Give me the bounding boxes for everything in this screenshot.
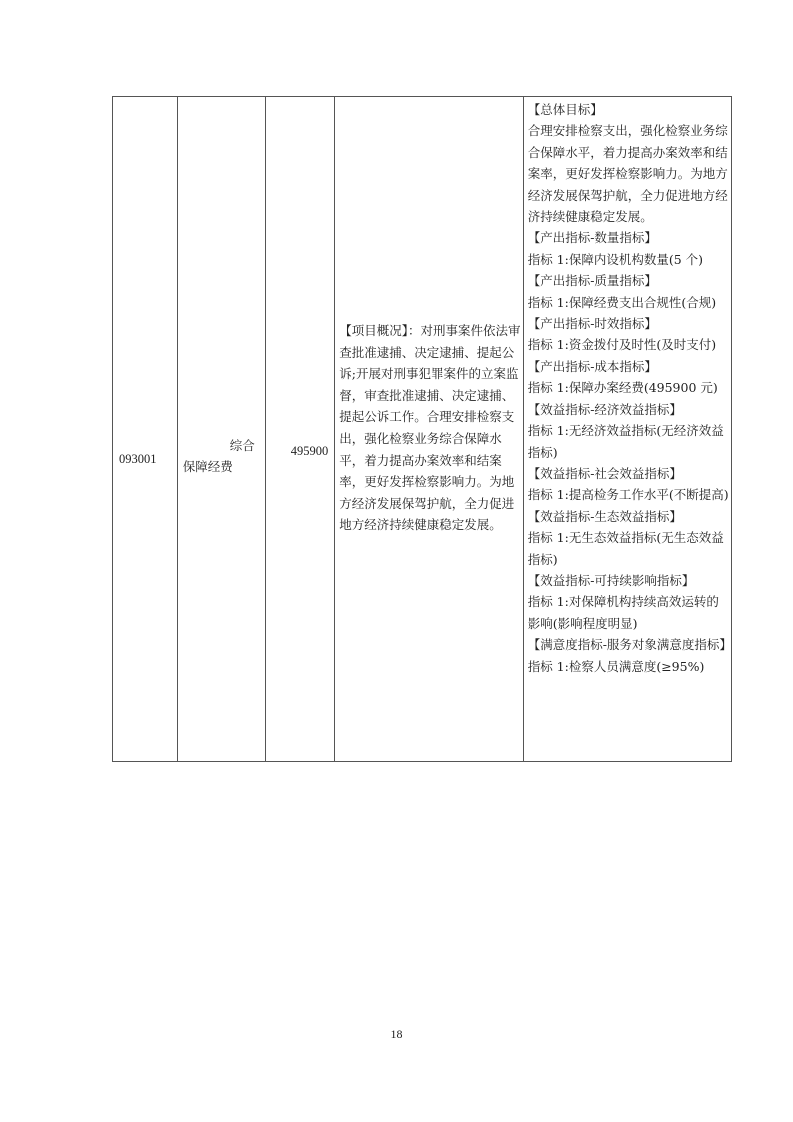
goal-line: 指标 1:保障办案经费(495900 元) xyxy=(528,377,730,398)
budget-table: 093001 综合 保障经费 495900 【项目概况】：对刑事案件依法审查批准… xyxy=(112,96,732,762)
project-code: 093001 xyxy=(119,452,157,467)
goal-line: 【效益指标-经济效益指标】 xyxy=(528,399,730,420)
project-amount: 495900 xyxy=(291,444,329,459)
project-name-line1: 综合 xyxy=(183,435,261,456)
goal-line: 合理安排检察支出，强化检察业务综合保障水平，着力提高办案效率和结案率，更好发挥检… xyxy=(528,120,730,227)
goal-line: 【产出指标-质量指标】 xyxy=(528,270,730,291)
page-number: 18 xyxy=(0,1027,793,1042)
goal-line: 指标 1:检察人员满意度(≥95%) xyxy=(528,656,730,677)
goal-line: 指标 1:保障经费支出合规性(合规) xyxy=(528,292,730,313)
amount-cell: 495900 xyxy=(266,97,336,761)
goal-line: 指标 1:无生态效益指标(无生态效益指标) xyxy=(528,527,730,570)
goal-line: 【效益指标-生态效益指标】 xyxy=(528,506,730,527)
goal-line: 【效益指标-社会效益指标】 xyxy=(528,463,730,484)
goal-line: 【总体目标】 xyxy=(528,99,730,120)
description-cell: 【项目概况】：对刑事案件依法审查批准逮捕、决定逮捕、提起公诉;开展对刑事犯罪案件… xyxy=(335,97,523,761)
goal-line: 【满意度指标-服务对象满意度指标】 xyxy=(528,634,730,655)
performance-goals: 【总体目标】 合理安排检察支出，强化检察业务综合保障水平，着力提高办案效率和结案… xyxy=(528,99,730,677)
goal-line: 指标 1:无经济效益指标(无经济效益指标) xyxy=(528,420,730,463)
goal-line: 指标 1:对保障机构持续高效运转的影响(影响程度明显) xyxy=(528,591,730,634)
project-name-line2: 保障经费 xyxy=(183,459,233,474)
goal-line: 指标 1:资金拨付及时性(及时支付) xyxy=(528,334,730,355)
name-cell: 综合 保障经费 xyxy=(178,97,266,761)
goal-line: 【效益指标-可持续影响指标】 xyxy=(528,570,730,591)
goal-line: 【产出指标-成本指标】 xyxy=(528,356,730,377)
goals-cell: 【总体目标】 合理安排检察支出，强化检察业务综合保障水平，着力提高办案效率和结案… xyxy=(524,97,731,761)
goal-line: 指标 1:保障内设机构数量(5 个) xyxy=(528,249,730,270)
goal-line: 【产出指标-时效指标】 xyxy=(528,313,730,334)
code-cell: 093001 xyxy=(113,97,178,761)
goal-line: 【产出指标-数量指标】 xyxy=(528,227,730,248)
project-name: 综合 保障经费 xyxy=(183,435,261,477)
project-description: 【项目概况】：对刑事案件依法审查批准逮捕、决定逮捕、提起公诉;开展对刑事犯罪案件… xyxy=(339,320,521,536)
goal-line: 指标 1:提高检务工作水平(不断提高) xyxy=(528,484,730,505)
